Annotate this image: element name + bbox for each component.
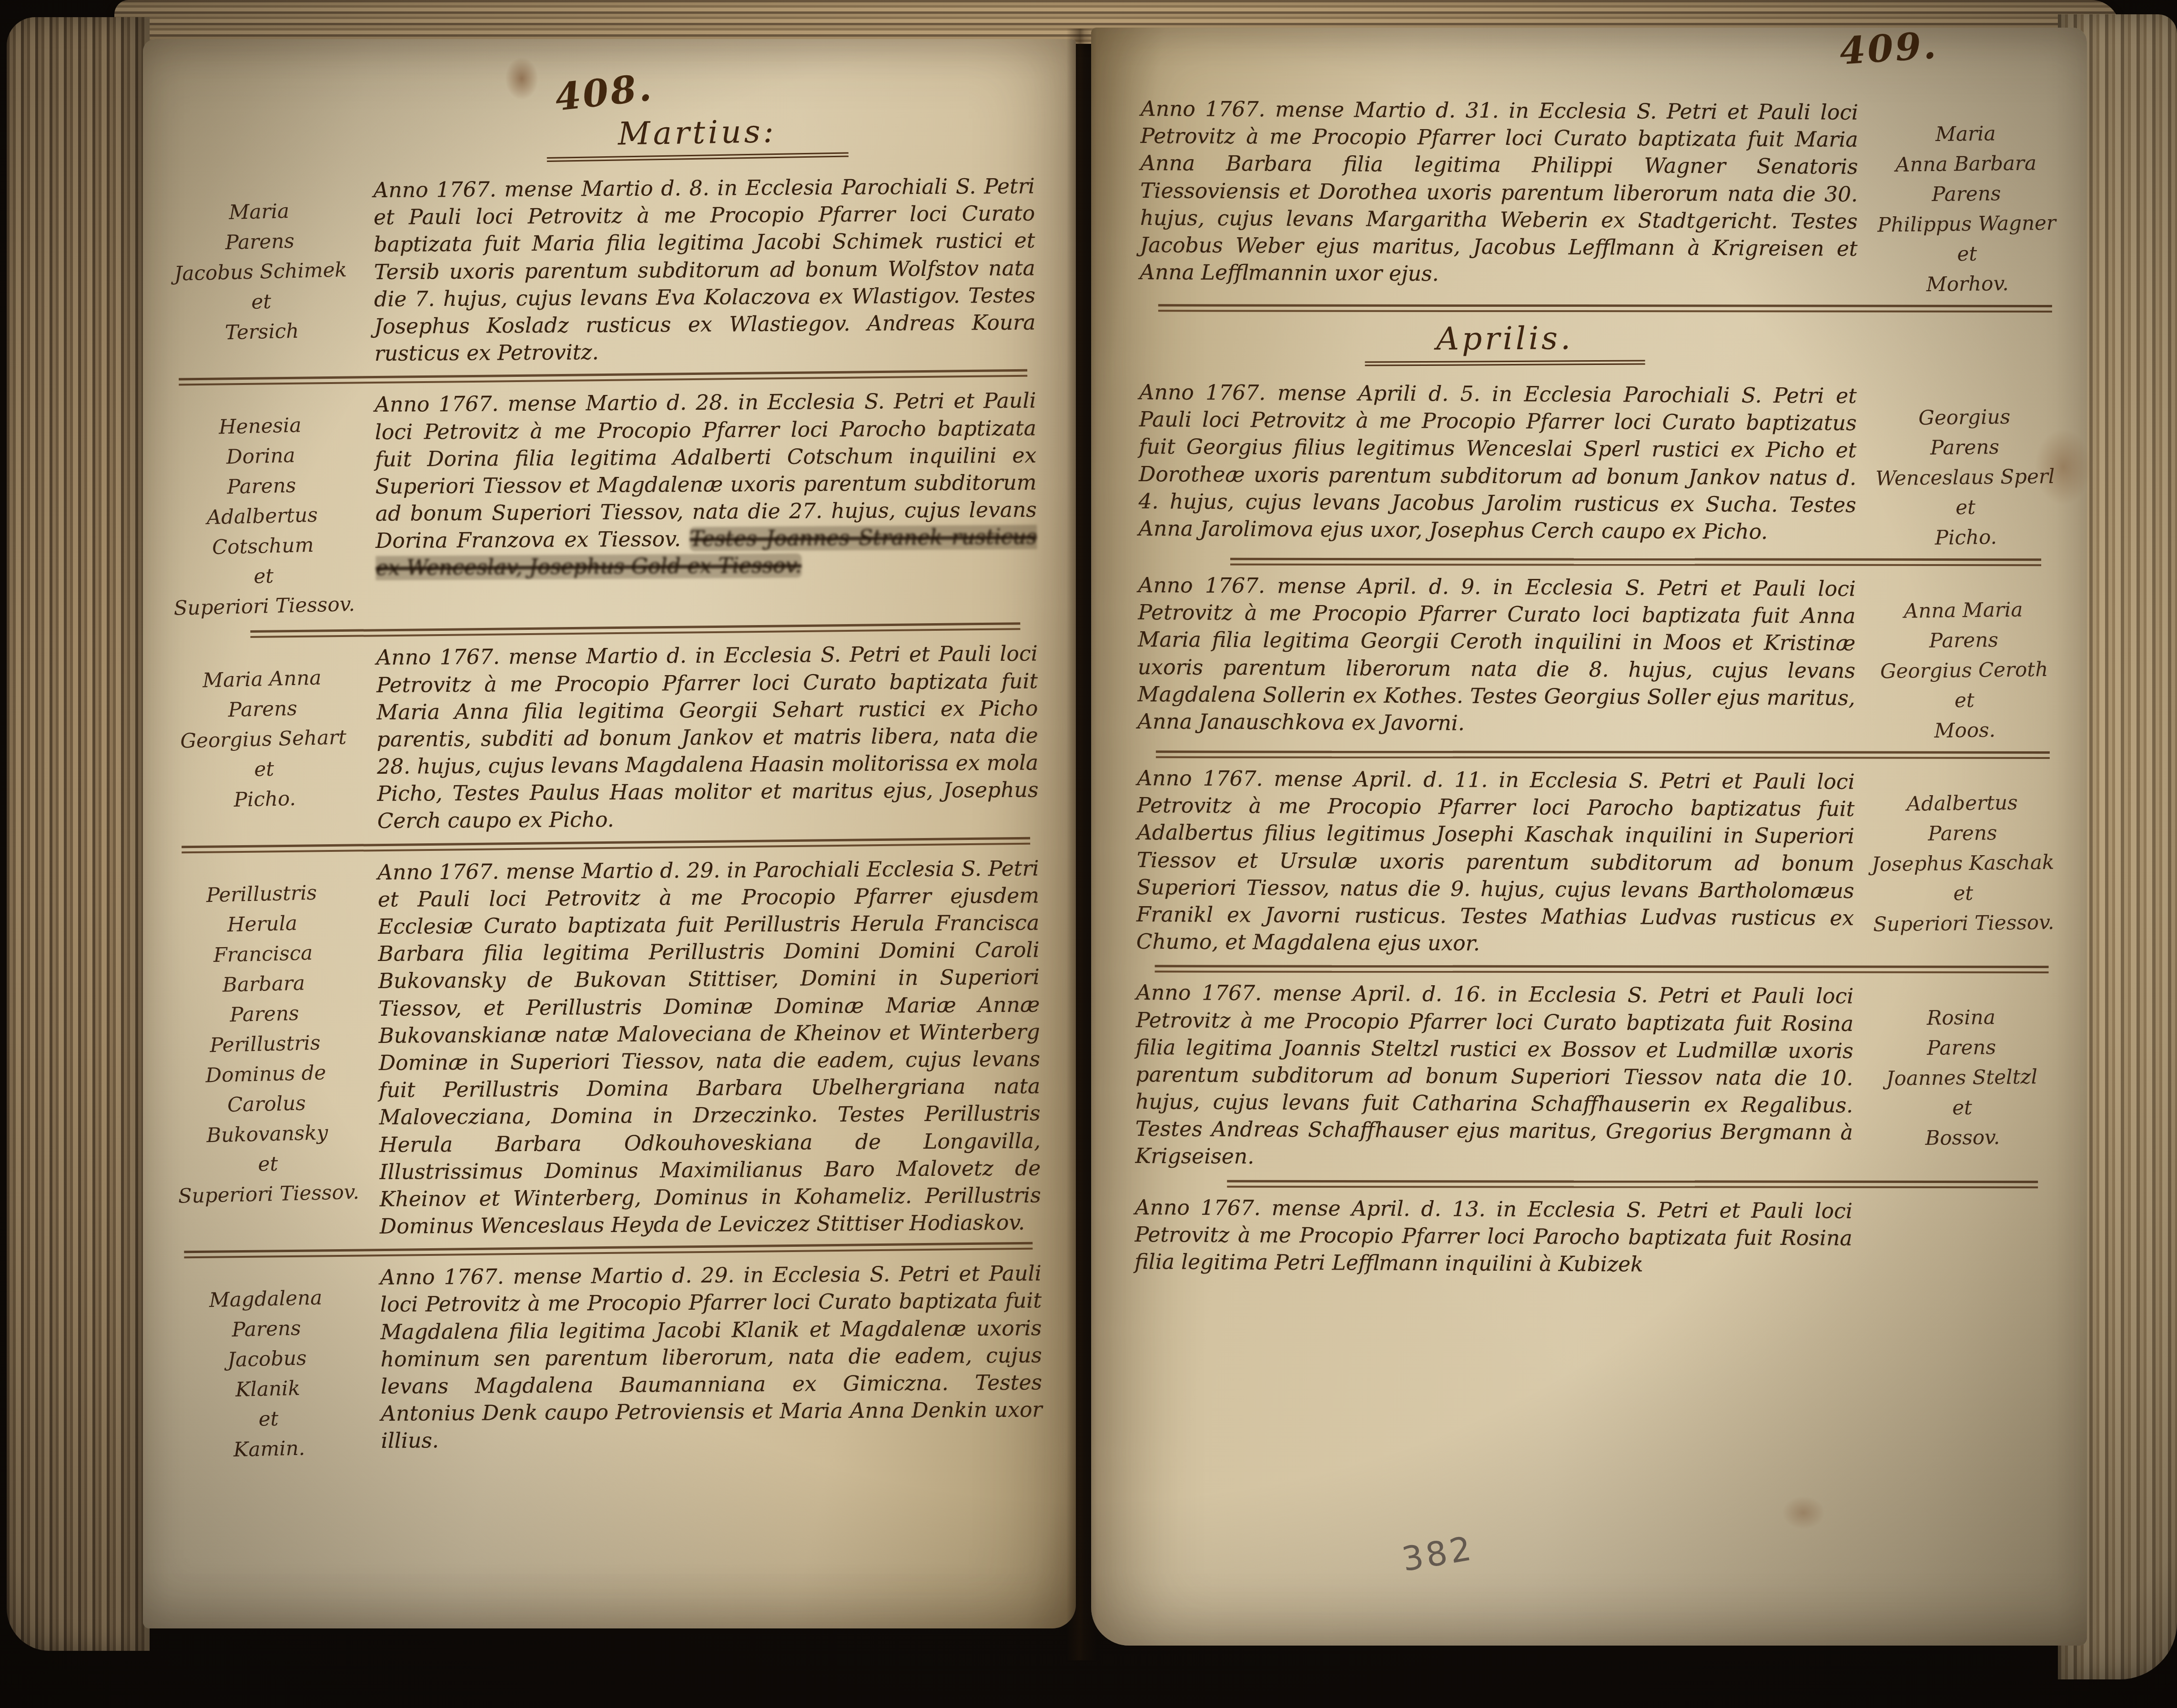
entry-body-text: Anno 1767. mense April. d. 11. in Eccles… [1136, 765, 1855, 959]
entry-body-text: Anno 1767. mense April. d. 13. in Eccles… [1134, 1194, 1853, 1279]
entry-divider [250, 623, 1020, 638]
entry-margin-names: Perillustris Herula Francisca Barbara Pa… [161, 857, 370, 1243]
baptism-entry: Anno 1767. mense Martio d. 31. in Eccles… [1140, 95, 2062, 299]
entry-margin-names: Maria Anna Barbara Parens Philippus Wagn… [1870, 99, 2063, 300]
register-book-photo: 408. Martius: Maria Parens Jacobus Schim… [0, 0, 2177, 1708]
entry-body-text: Anno 1767. mense April. d. 9. in Ecclesi… [1137, 572, 1856, 745]
entry-divider [179, 369, 1027, 386]
baptism-entry: Maria Anna Parens Georgius Sehart et Pic… [163, 640, 1039, 837]
month-header-martius: Martius: [546, 112, 848, 162]
entry-divider [184, 1242, 1033, 1259]
entry-body-text: Anno 1767. mense Martio d. 8. in Ecclesi… [374, 173, 1036, 368]
entry-body-text: Anno 1767. mense Aprili d. 5. in Ecclesi… [1138, 379, 1857, 552]
entry-divider [182, 837, 1030, 853]
baptism-entry: Anno 1767. mense Aprili d. 5. in Ecclesi… [1138, 379, 2061, 553]
page-stack-left-edge [7, 17, 150, 1651]
entry-body-text: Anno 1767. mense April. d. 16. in Eccles… [1135, 979, 1853, 1173]
baptism-entry: Anno 1767. mense April. d. 13. in Eccles… [1134, 1194, 2056, 1281]
entry-body-text: Anno 1767. mense Martio d. in Ecclesia S… [376, 640, 1039, 835]
entry-body-text: Anno 1767. mense Martio d. 28. in Eccles… [375, 387, 1037, 620]
baptism-entry: Maria Parens Jacobus Schimek et Tersich … [160, 173, 1036, 369]
baptism-entry: Anno 1767. mense April. d. 16. in Eccles… [1135, 979, 2057, 1174]
month-header-aprilis: Aprilis. [1365, 320, 1645, 366]
entry-divider [1230, 558, 2041, 566]
entry-body-text: Anno 1767. mense Martio d. 29. in Paroch… [377, 855, 1041, 1240]
entry-divider [1156, 750, 2050, 759]
month-header-row: Aprilis. [1139, 318, 2061, 381]
pencil-folio-number: 382 [1399, 1528, 1477, 1579]
baptism-entry: Anno 1767. mense April. d. 11. in Eccles… [1136, 765, 2059, 960]
right-page: 409. Anno 1767. mense Martio d. 31. in E… [1091, 28, 2087, 1646]
book-gutter-shadow [1066, 29, 1097, 1660]
entry-margin-names: Maria Anna Parens Georgius Sehart et Pic… [161, 643, 365, 838]
entry-body-text: Anno 1767. mense Martio d. 31. in Eccles… [1140, 95, 1858, 298]
entry-margin-names: Anna Maria Parens Georgius Ceroth et Moo… [1868, 575, 2060, 747]
entry-margin-names [1865, 1197, 2057, 1281]
entry-margin-names: Rosina Parens Joannes Steltzl et Bossov. [1865, 982, 2058, 1175]
baptism-entry: Anno 1767. mense April. d. 9. in Ecclesi… [1137, 572, 2060, 746]
month-header-row: Martius: [160, 112, 1035, 175]
baptism-entry: Magdalena Parens Jacobus Klanik et Kamin… [167, 1260, 1043, 1465]
entry-body-text: Anno 1767. mense Martio d. 29. in Eccles… [380, 1260, 1043, 1463]
entry-margin-names: Georgius Parens Wenceslaus Sperl et Pich… [1869, 382, 2061, 554]
entry-margin-names: Henesia Dorina Parens Adalbertus Cotschu… [159, 390, 365, 624]
page-number-left: 408. [553, 63, 680, 120]
baptism-entry: Perillustris Herula Francisca Barbara Pa… [164, 855, 1041, 1242]
entry-divider [1227, 1180, 2038, 1188]
entry-margin-names: Maria Parens Jacobus Schimek et Tersich [158, 175, 363, 371]
baptism-entry: Henesia Dorina Parens Adalbertus Cotschu… [161, 387, 1037, 622]
entry-margin-names: Adalbertus Parens Josephus Kaschak et Su… [1866, 768, 2059, 961]
entry-margin-names: Magdalena Parens Jacobus Klanik et Kamin… [165, 1263, 370, 1466]
entry-divider [1154, 965, 2048, 974]
entry-divider [1158, 304, 2052, 313]
left-page: 408. Martius: Maria Parens Jacobus Schim… [143, 39, 1076, 1628]
